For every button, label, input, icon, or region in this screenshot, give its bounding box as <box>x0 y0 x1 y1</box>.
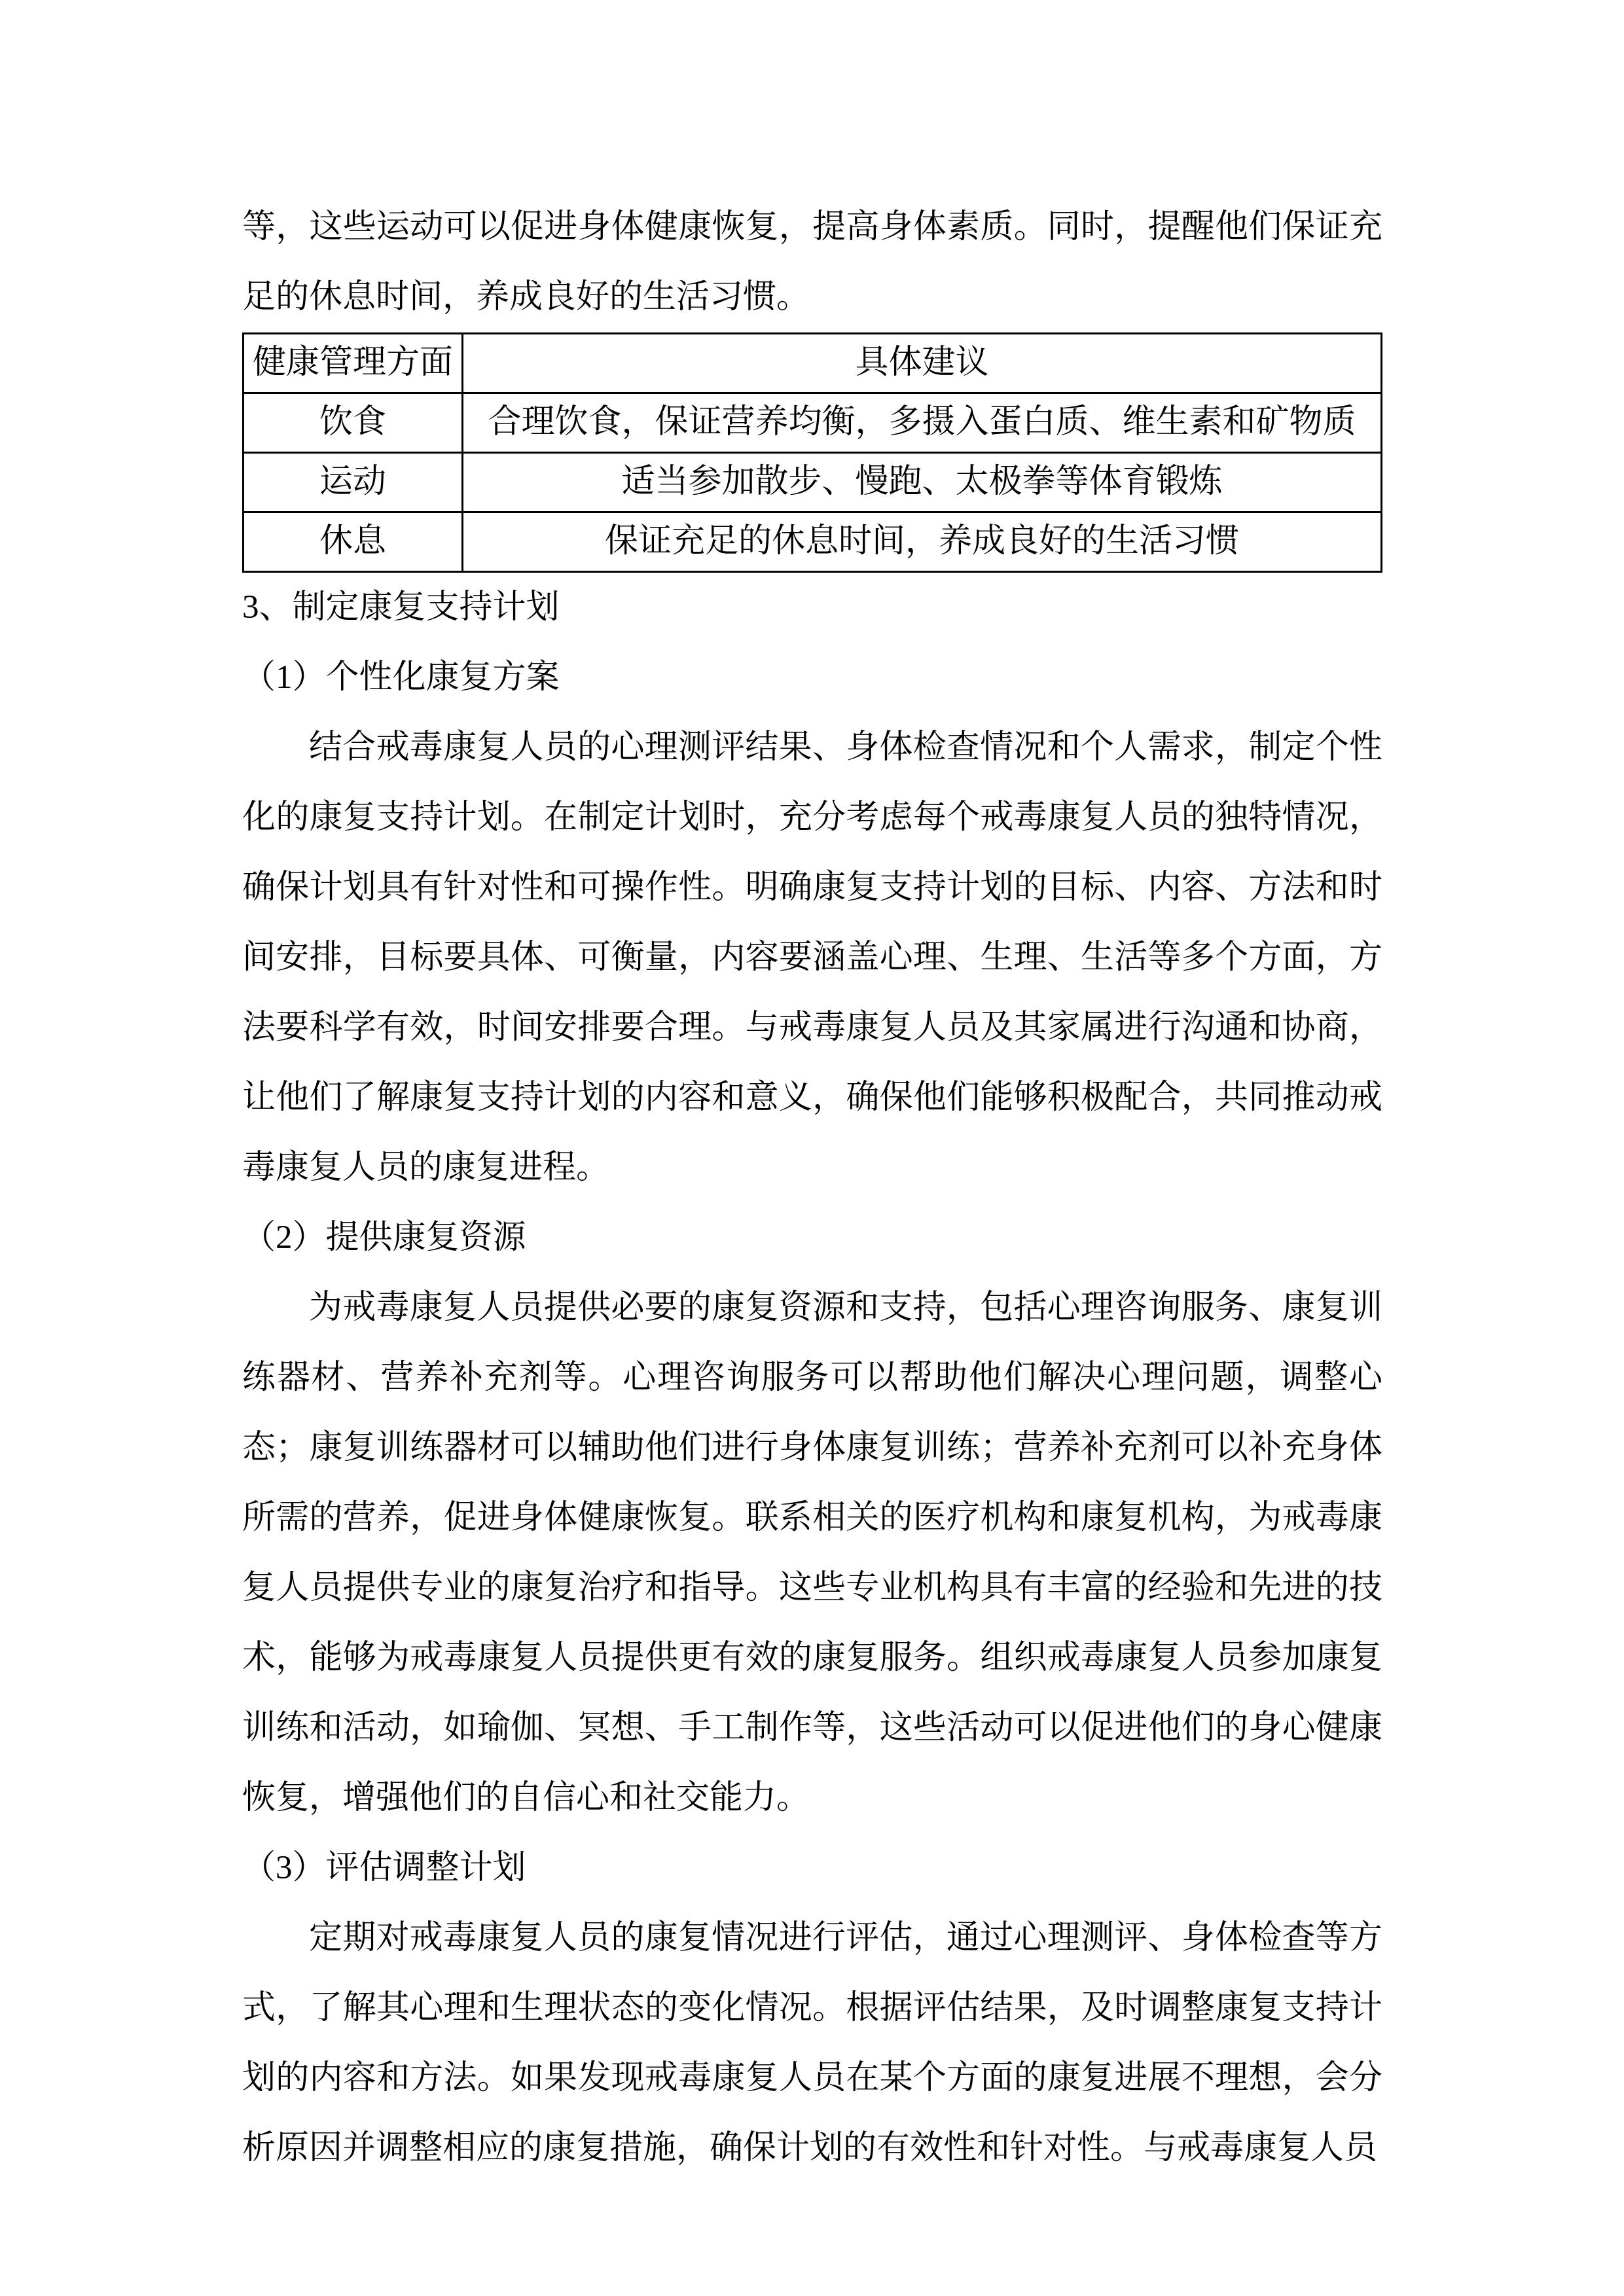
table-head: 健康管理方面 具体建议 <box>244 334 1382 393</box>
subsection-1-heading: （1）个性化康复方案 <box>242 643 1382 713</box>
table-header-row: 健康管理方面 具体建议 <box>244 334 1382 393</box>
health-management-table: 健康管理方面 具体建议 饮食 合理饮食，保证营养均衡，多摄入蛋白质、维生素和矿物… <box>242 332 1382 573</box>
table-cell-exercise-suggestion: 适当参加散步、慢跑、太极拳等体育锻炼 <box>463 453 1382 512</box>
table-row-rest: 休息 保证充足的休息时间，养成良好的生活习惯 <box>244 512 1382 572</box>
section-heading: 3、制定康复支持计划 <box>242 573 1382 643</box>
subsection-2-body: 为戒毒康复人员提供必要的康复资源和支持，包括心理咨询服务、康复训练器材、营养补充… <box>242 1273 1382 1833</box>
table-cell-diet-label: 饮食 <box>244 393 463 453</box>
table-header-suggestion: 具体建议 <box>463 334 1382 393</box>
table-cell-exercise-label: 运动 <box>244 453 463 512</box>
document-page: 等，这些运动可以促进身体健康恢复，提高身体素质。同时，提醒他们保证充足的休息时间… <box>0 0 1624 2296</box>
table-header-aspect: 健康管理方面 <box>244 334 463 393</box>
page-content: 等，这些运动可以促进身体健康恢复，提高身体素质。同时，提醒他们保证充足的休息时间… <box>242 192 1382 2183</box>
table-cell-rest-suggestion: 保证充足的休息时间，养成良好的生活习惯 <box>463 512 1382 572</box>
table-row-diet: 饮食 合理饮食，保证营养均衡，多摄入蛋白质、维生素和矿物质 <box>244 393 1382 453</box>
paragraph-intro: 等，这些运动可以促进身体健康恢复，提高身体素质。同时，提醒他们保证充足的休息时间… <box>242 192 1382 332</box>
subsection-1-body: 结合戒毒康复人员的心理测评结果、身体检查情况和个人需求，制定个性化的康复支持计划… <box>242 713 1382 1203</box>
subsection-2-heading: （2）提供康复资源 <box>242 1203 1382 1273</box>
table-body: 饮食 合理饮食，保证营养均衡，多摄入蛋白质、维生素和矿物质 运动 适当参加散步、… <box>244 393 1382 572</box>
table-cell-diet-suggestion: 合理饮食，保证营养均衡，多摄入蛋白质、维生素和矿物质 <box>463 393 1382 453</box>
table-cell-rest-label: 休息 <box>244 512 463 572</box>
table-row-exercise: 运动 适当参加散步、慢跑、太极拳等体育锻炼 <box>244 453 1382 512</box>
subsection-3-body: 定期对戒毒康复人员的康复情况进行评估，通过心理测评、身体检查等方式，了解其心理和… <box>242 1903 1382 2183</box>
subsection-3-heading: （3）评估调整计划 <box>242 1833 1382 1903</box>
